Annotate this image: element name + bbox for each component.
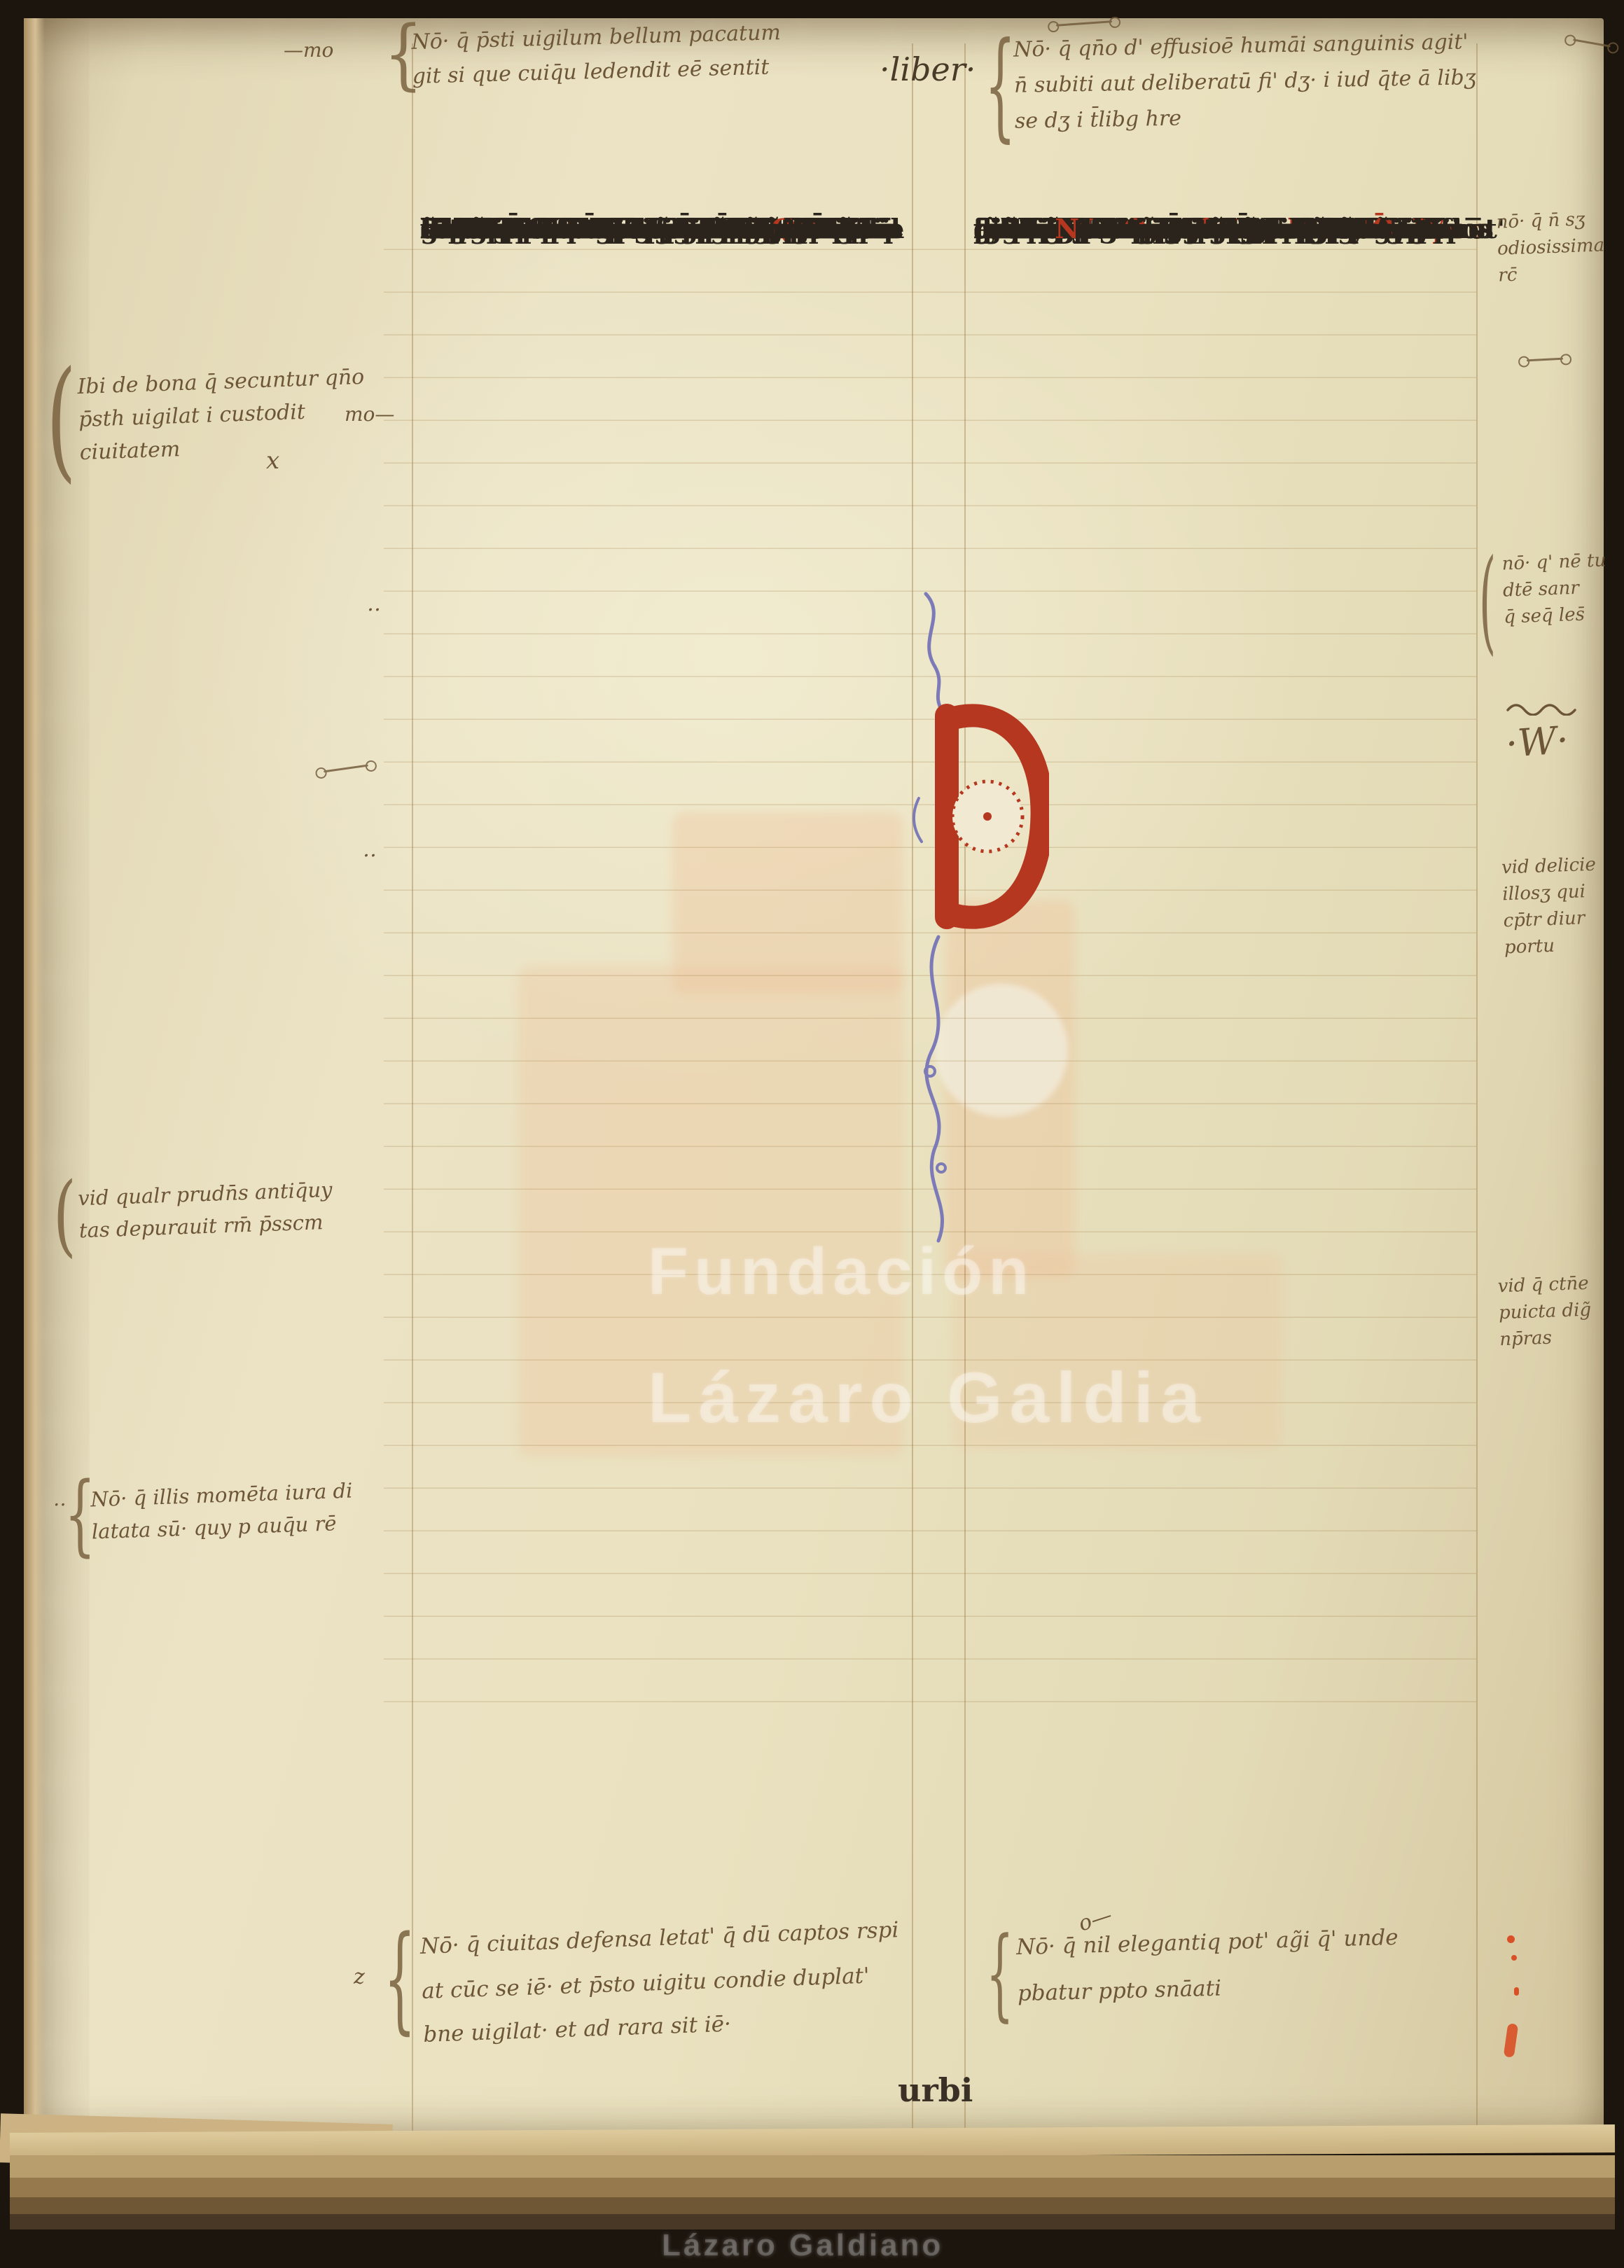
manuscript-photo: —mo { Nō· q̄ p̄sti uigilum bellum pacatu…	[0, 0, 1624, 2268]
left-gloss-2: vid qualr prudn̄s antiq̄uy tas depurauit…	[78, 1178, 334, 1243]
top-right-gloss: Nō· q̄ qn̄o d' effusioē humāi sanguinis …	[1013, 29, 1477, 133]
z-mark: z	[354, 1965, 365, 1989]
text-line: runt· Ne uacaret ag̃ta q̄ tāte ur	[973, 207, 1423, 250]
brace-mark: {	[986, 1924, 1013, 2024]
brace-mark: (	[53, 1171, 76, 1259]
right-gloss-4: vid q̄ ctn̄e puicta dig̃ np̄ras	[1497, 1273, 1592, 1351]
page-edge	[10, 2155, 1615, 2179]
red-dot	[1511, 1955, 1517, 1961]
right-gloss-2: nō· q' nē tu dtē sanr q̄ seq̄ les̄	[1501, 550, 1608, 627]
ruling-line-vertical	[412, 43, 413, 2131]
footer-right-gloss: Nō· q̄ nil elegantiq pot' ag̃i q̄' unde …	[1016, 1925, 1400, 2006]
page-edge	[10, 2197, 1615, 2215]
page-edge	[10, 2178, 1615, 2199]
left-gloss-1: Ibi de bona q̄ secuntur qn̄o p̄sth uigil…	[77, 365, 367, 465]
ruling-line-vertical	[1476, 43, 1478, 2131]
dots-mark: ‥	[363, 837, 377, 862]
red-dot	[1507, 1935, 1515, 1943]
text-line: tatis q̄ puilegia t' o petentia mo	[420, 207, 879, 250]
watermark-text: Fundación	[648, 1234, 1034, 1310]
watermark-text: Lázaro Galdia	[648, 1357, 1207, 1439]
pen-flourish: mo—	[345, 403, 394, 426]
right-gloss-3: vid delicie illosʒ qui cp̄tr diur portu	[1501, 854, 1599, 959]
pen-flourish: —mo	[284, 39, 333, 62]
dots-mark: ‥	[367, 592, 381, 616]
page-edge	[10, 2214, 1615, 2229]
brace-mark: (	[46, 354, 76, 485]
x-mark: x	[266, 447, 279, 475]
catchword: urbi	[898, 2071, 973, 2109]
watermark-bottom: Lázaro Galdiano	[662, 2228, 943, 2263]
running-title: ·liber·	[880, 50, 976, 88]
brace-mark: {	[985, 27, 1016, 144]
red-dot	[1514, 1987, 1519, 1996]
squiggle-mark	[1504, 697, 1588, 716]
decorated-initial-D	[902, 588, 1049, 1267]
brace-mark: (	[1479, 545, 1496, 658]
left-gloss-3: Nō· q̄ illis momēta iura di latata sū· q…	[90, 1478, 354, 1543]
footer-left-gloss: Nō· q̄ ciuitas defensa letat' q̄ dū capt…	[419, 1917, 902, 2047]
w-mark: ·W·	[1504, 718, 1570, 766]
gutter-shadow	[24, 18, 45, 2141]
top-left-gloss: Nō· q̄ p̄sti uigilum bellum pacatum git …	[411, 20, 782, 89]
brace-mark: {	[384, 1920, 416, 2036]
right-gloss-1: nō· q̄ n̄ sʒ odiosissima rc̄	[1496, 208, 1606, 286]
